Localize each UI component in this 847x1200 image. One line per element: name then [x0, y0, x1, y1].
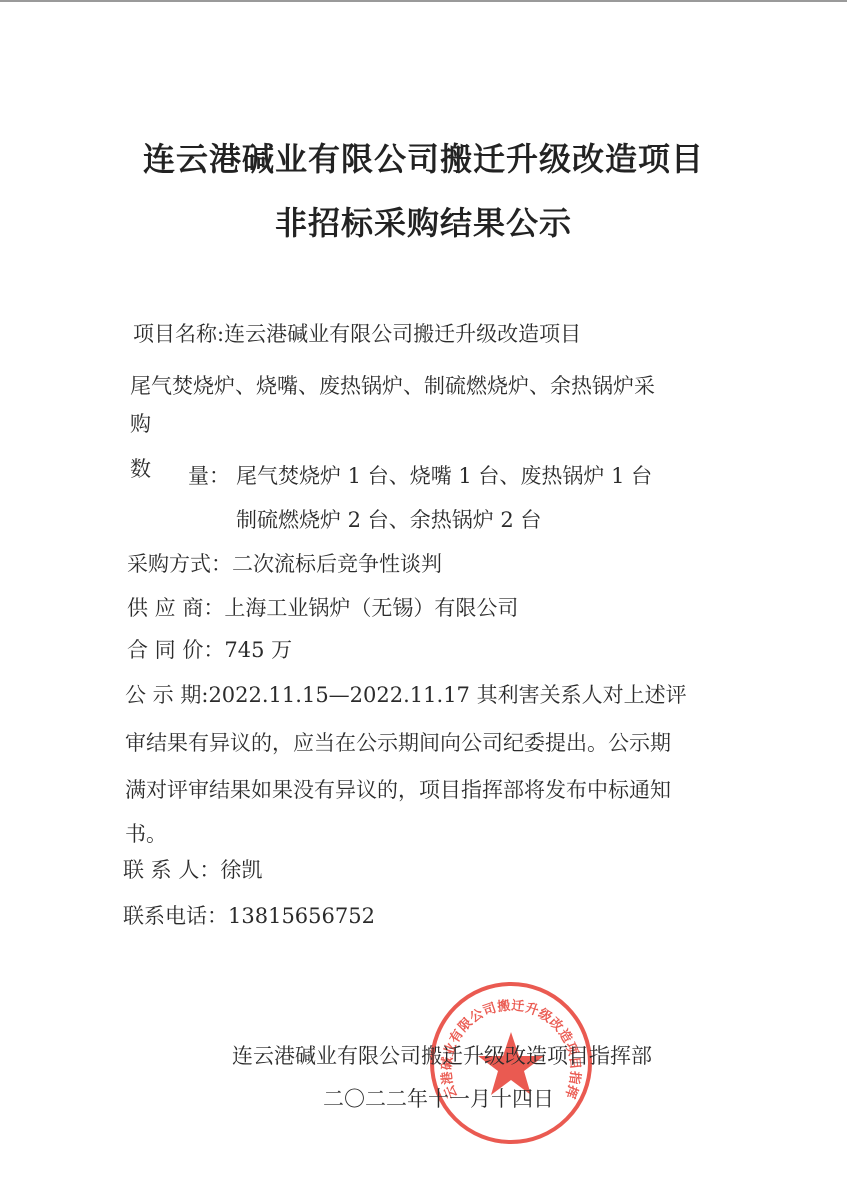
publicity-period-line-3: 满对评审结果如果没有异议的，项目指挥部将发布中标通知 [125, 776, 671, 804]
document-title-line-1: 连云港碱业有限公司搬迁升级改造项目 [0, 134, 847, 180]
project-name-label: 项目名称: [133, 320, 224, 348]
publicity-period-line-2: 审结果有异议的，应当在公示期间向公司纪委提出。公示期 [125, 729, 671, 757]
contract-price-row: 合 同 价：745 万 [127, 636, 292, 664]
document-title-line-2: 非招标采购结果公示 [0, 198, 847, 244]
project-name-row: 项目名称:连云港碱业有限公司搬迁升级改造项目 [133, 320, 581, 348]
project-name-value: 连云港碱业有限公司搬迁升级改造项目 [224, 320, 581, 348]
supplier-value: 上海工业锅炉（无锡）有限公司 [224, 594, 518, 622]
procurement-method-value: 二次流标后竞争性谈判 [232, 550, 442, 578]
supplier-row: 供 应 商：上海工业锅炉（无锡）有限公司 [127, 594, 518, 622]
procurement-method-row: 采购方式：二次流标后竞争性谈判 [127, 550, 442, 578]
supplier-label: 供 应 商： [127, 594, 224, 622]
quantity-line-2: 制硫燃烧炉 2 台、余热锅炉 2 台 [236, 506, 541, 534]
page-top-border [0, 0, 847, 2]
quantity-line-1: 尾气焚烧炉 1 台、烧嘴 1 台、废热锅炉 1 台 [236, 462, 652, 490]
quantity-label-part1: 数 [130, 455, 151, 483]
quantity-label-part2: 量： [188, 462, 230, 490]
contact-person-row: 联 系 人：徐凯 [123, 856, 262, 884]
publicity-period-row: 公 示 期:2022.11.15—2022.11.17 其利害关系人对上述评 [125, 681, 687, 709]
contact-person-value: 徐凯 [220, 856, 262, 884]
signature-organization: 连云港碱业有限公司搬迁升级改造项目指挥部 [232, 1040, 652, 1070]
publicity-period-label: 公 示 期: [125, 681, 208, 709]
contract-price-label: 合 同 价： [127, 636, 224, 664]
contact-phone-row: 联系电话：13815656752 [123, 902, 375, 930]
contact-phone-value: 13815656752 [228, 902, 375, 930]
project-name-continuation-2: 购 [130, 410, 151, 438]
contact-phone-label: 联系电话： [123, 902, 228, 930]
contact-person-label: 联 系 人： [123, 856, 220, 884]
contract-price-value: 745 万 [224, 636, 292, 664]
signature-date: 二〇二二年十一月十四日 [323, 1083, 554, 1113]
publicity-period-line-4: 书。 [125, 820, 167, 848]
procurement-method-label: 采购方式： [127, 550, 232, 578]
publicity-period-line-1: 2022.11.15—2022.11.17 其利害关系人对上述评 [208, 681, 686, 709]
project-name-continuation-1: 尾气焚烧炉、烧嘴、废热锅炉、制硫燃烧炉、余热锅炉采 [130, 372, 655, 400]
